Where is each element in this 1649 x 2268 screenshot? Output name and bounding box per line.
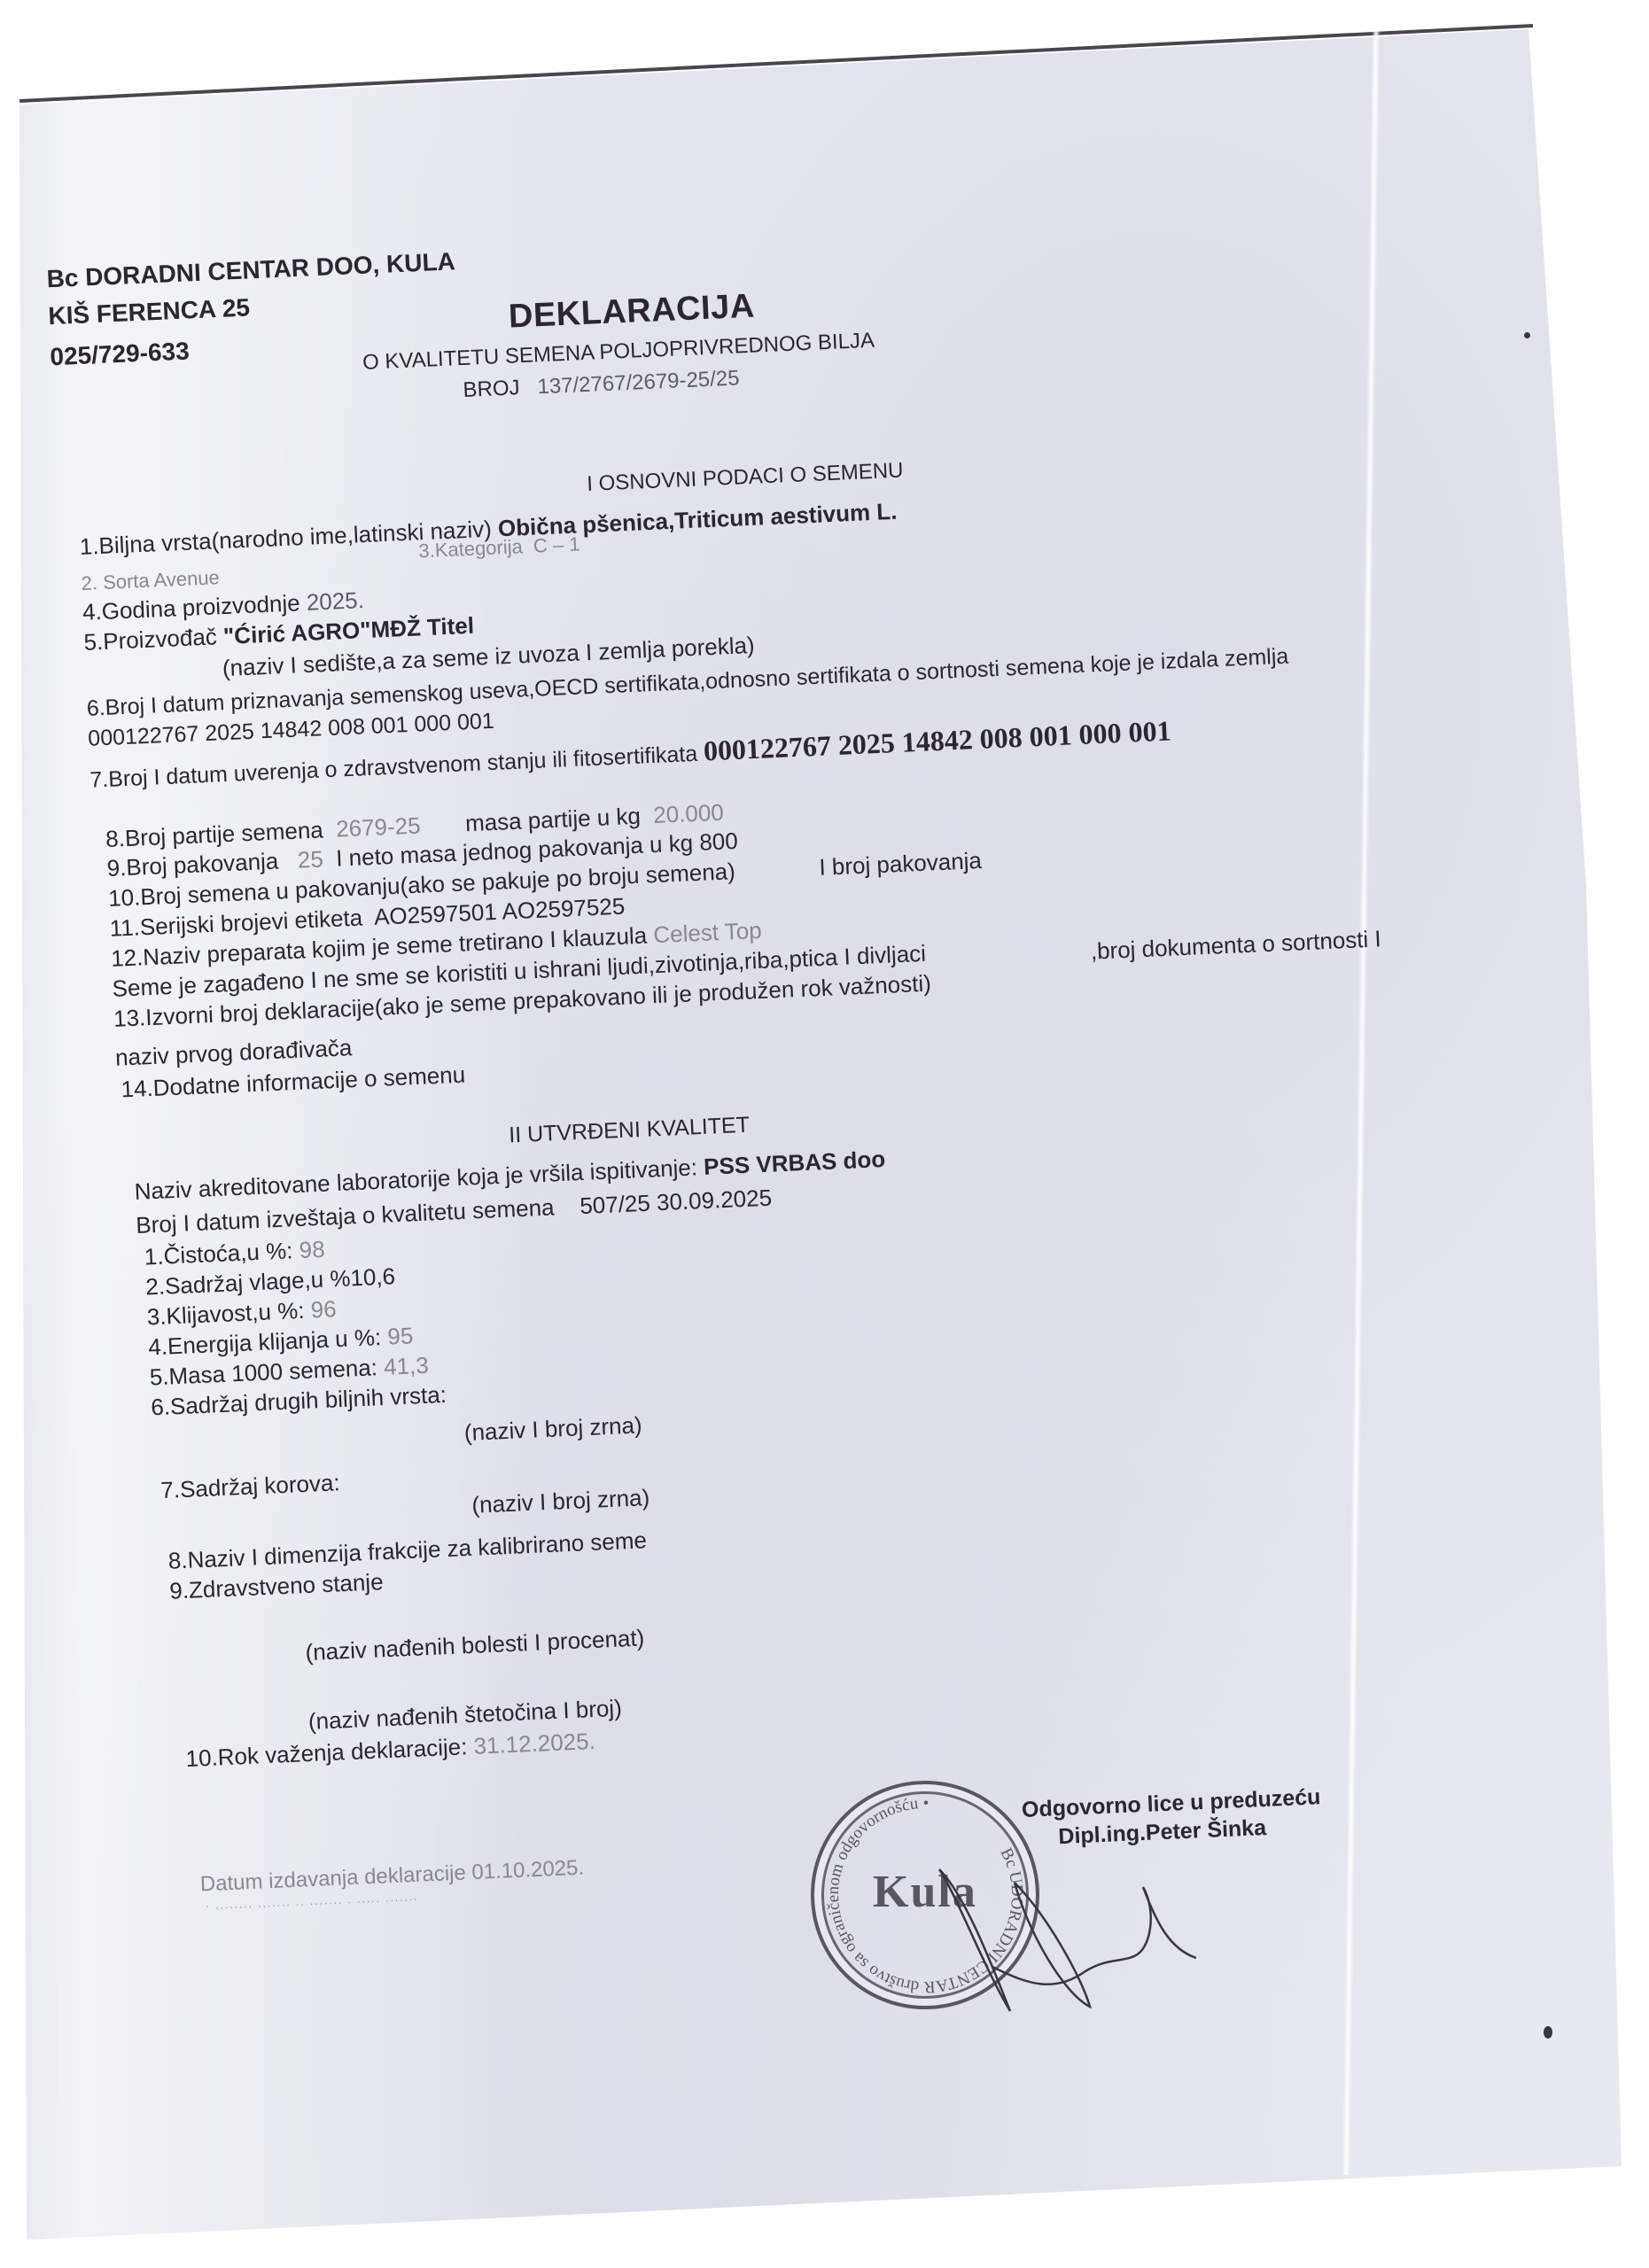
- item2-label: 2. Sorta: [81, 570, 150, 594]
- item7-label: 7.Broj I datum uverenja o zdravstvenom s…: [89, 742, 698, 793]
- item8-mass-value: 20.000: [653, 799, 725, 828]
- number-value: 137/2767/2679-25/25: [537, 366, 740, 399]
- item4-value: 2025.: [306, 586, 364, 616]
- item10-right: I broj pakovanja: [819, 849, 983, 879]
- item13-cont: naziv prvog dorađivača: [114, 1036, 352, 1069]
- quality-item: 2.Sadržaj vlage,u %10,6: [145, 1264, 396, 1298]
- item9-value: 25: [297, 845, 323, 873]
- signature-icon: [930, 1860, 1214, 2020]
- item2: 2. Sorta Avenue: [81, 568, 220, 594]
- quality-item: 8.Naziv I dimenzija frakcije za kalibrir…: [167, 1528, 647, 1573]
- item7-value: 000122767 2025 14842 008 001 000 001: [703, 714, 1171, 766]
- quality-value: 31.12.2025.: [473, 1728, 596, 1759]
- document-subtitle: O KVALITETU SEMENA POLJOPRIVREDNOG BILJA: [362, 330, 875, 374]
- company-address: KIŠ FERENCA 25: [48, 295, 251, 329]
- issue-date-label: Datum izdavanja deklaracije: [199, 1860, 466, 1896]
- item3: 3.Kategorija C – 1: [418, 534, 580, 561]
- quality-item: 3.Klijavost,u %: 96: [146, 1297, 337, 1328]
- item5-label: 5.Proizvođač: [83, 623, 217, 656]
- quality-value: 95: [387, 1322, 414, 1349]
- company-phone: 025/729-633: [50, 338, 190, 369]
- grains-note-1: (naziv I broj zrna): [463, 1413, 642, 1444]
- quality-value: 41,3: [383, 1352, 429, 1380]
- quality-value: 10,6: [350, 1262, 396, 1291]
- document-number: BROJ 137/2767/2679-25/25: [463, 368, 740, 401]
- item9-net-value: 800: [699, 827, 739, 856]
- section2-heading: II UTVRĐENI KVALITET: [509, 1115, 751, 1147]
- responsible-label: Odgovorno lice u preduzeću: [1022, 1786, 1321, 1821]
- quality-label: 3.Klijavost,u %:: [146, 1297, 305, 1331]
- pests-note: (naziv nađenih štetočina I broj): [307, 1697, 622, 1733]
- quality-label: 1.Čistoća,u %:: [144, 1237, 293, 1270]
- issue-date: Datum izdavanja deklaracije 01.10.2025.: [199, 1858, 584, 1896]
- quality-label: 10.Rok važenja deklaracije:: [185, 1733, 468, 1772]
- report-value: 507/25 30.09.2025: [579, 1184, 773, 1219]
- quality-value: 96: [310, 1295, 337, 1323]
- grains-note-2: (naziv I broj zrna): [471, 1486, 650, 1517]
- item14: 14.Dodatne informacije o semenu: [121, 1063, 466, 1101]
- section1-heading: I OSNOVNI PODACI O SEMENU: [587, 460, 904, 495]
- company-name: Bc DORADNI CENTAR DOO, KULA: [46, 249, 455, 291]
- quality-item: 9.Zdravstveno stanje: [169, 1570, 384, 1603]
- item12-value: Celest Top: [653, 917, 763, 948]
- diseases-note: (naziv nađenih bolesti I procenat): [305, 1626, 645, 1664]
- item3-value: C – 1: [533, 532, 580, 556]
- quality-label: 2.Sadržaj vlage,u %: [145, 1264, 351, 1300]
- quality-item: 7.Sadržaj korova:: [160, 1471, 340, 1502]
- item2-value: Avenue: [153, 566, 220, 591]
- number-label: BROJ: [463, 376, 520, 402]
- issue-date-value: 01.10.2025.: [471, 1856, 585, 1885]
- item8-mass-label: masa partije u kg: [464, 803, 641, 837]
- quality-item: 10.Rok važenja deklaracije: 31.12.2025.: [185, 1729, 595, 1770]
- quality-value: 98: [299, 1236, 325, 1263]
- item13-right: ,broj dokumenta o sortnosti I: [1090, 927, 1381, 962]
- quality-item: 1.Čistoća,u %: 98: [144, 1238, 325, 1269]
- lab-value: PSS VRBAS doo: [704, 1146, 886, 1180]
- item8-value: 2679-25: [336, 812, 422, 843]
- item3-label: 3.Kategorija: [418, 535, 523, 562]
- responsible-name: Dipl.ing.Peter Šinka: [1058, 1817, 1267, 1848]
- item9-label: 9.Broj pakovanja: [106, 848, 279, 882]
- page-title: DEKLARACIJA: [508, 290, 755, 334]
